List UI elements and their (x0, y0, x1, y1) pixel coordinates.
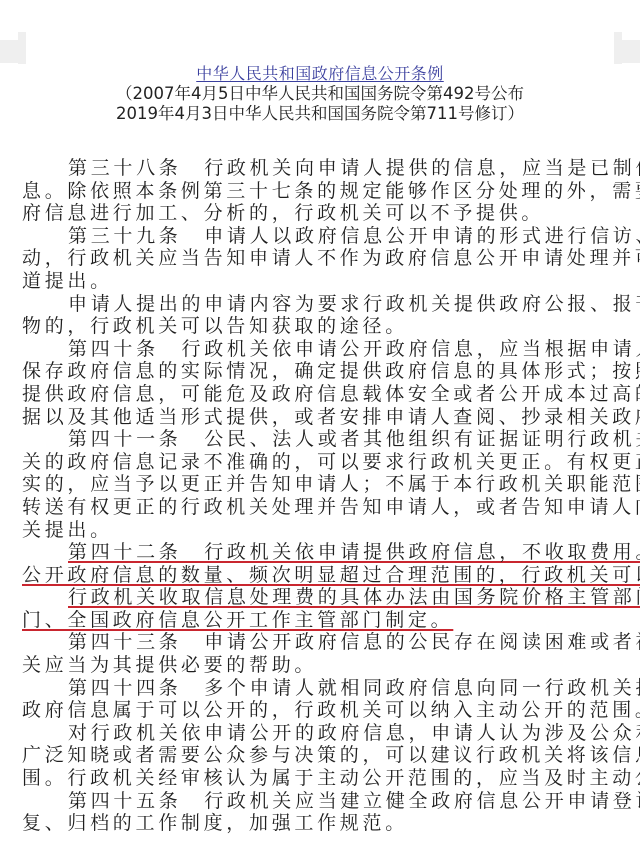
document-line-text: 实的，应当予以更正并告知申请人；不属于本行政机关职能范围的，行政机关可以 (22, 473, 640, 495)
document-line-text: 转送有权更正的行政机关处理并告知申请人，或者告知申请人向有权更正的行政机 (22, 496, 640, 518)
document-line-text: 提供政府信息，可能危及政府信息载体安全或者公开成本过高的，可以通过电子数 (22, 383, 640, 405)
document-line-text: 第四十四条 多个申请人就相同政府信息向同一行政机关提出公开申请，且该 (68, 677, 640, 699)
document-line: 对行政机关依申请公开的政府信息，申请人认为涉及公众利益调整、需要公众 (22, 722, 622, 745)
document-line: 提供政府信息，可能危及政府信息载体安全或者公开成本过高的，可以通过电子数 (22, 383, 622, 406)
document-line: 关应当为其提供必要的帮助。 (22, 654, 622, 677)
document-line-text: 对行政机关依申请公开的政府信息，申请人认为涉及公众利益调整、需要公众 (68, 722, 640, 744)
document-header: 中华人民共和国政府信息公开条例 （2007年4月5日中华人民共和国国务院令第49… (0, 63, 640, 124)
document-title-link[interactable]: 中华人民共和国政府信息公开条例 (196, 63, 444, 84)
document-line-highlighted: 第四十二条 行政机关依申请提供政府信息，不收取费用。但是，申请人申请 (22, 541, 622, 564)
document-line-text: 动，行政机关应当告知申请人不作为政府信息公开申请处理并可以告知通过相应渠 (22, 247, 640, 269)
document-line-text: 道提出。 (22, 270, 113, 292)
document-line: 围。行政机关经审核认为属于主动公开范围的，应当及时主动公开。 (22, 767, 622, 790)
document-line-text: 关提出。 (22, 519, 113, 541)
document-line: 第四十三条 申请公开政府信息的公民存在阅读困难或者视听障碍的，行政机 (22, 631, 622, 654)
document-line: 关提出。 (22, 519, 622, 542)
document-line-text: 据以及其他适当形式提供，或者安排申请人查阅、抄录相关政府信息。 (22, 406, 640, 428)
document-line: 第三十九条 申请人以政府信息公开申请的形式进行信访、投诉、举报等活 (22, 225, 622, 248)
document-line-text: 第三十九条 申请人以政府信息公开申请的形式进行信访、投诉、举报等活 (68, 225, 640, 247)
document-line: 广泛知晓或者需要公众参与决策的，可以建议行政机关将该信息纳入主动公开的范 (22, 744, 622, 767)
document-subtitle-line-1: （2007年4月5日中华人民共和国国务院令第492号公布 (0, 84, 640, 104)
document-line: 府信息进行加工、分析的，行政机关可以不予提供。 (22, 202, 622, 225)
document-line: 息。除依照本条例第三十七条的规定能够作区分处理的外，需要行政机关对现有政 (22, 180, 622, 203)
document-line-text: 关应当为其提供必要的帮助。 (22, 654, 317, 676)
document-subtitle-line-2: 2019年4月3日中华人民共和国国务院令第711号修订） (0, 104, 640, 124)
document-line-text: 关的政府信息记录不准确的，可以要求行政机关更正。有权更正的行政机关审核属 (22, 451, 640, 473)
document-line-text: 保存政府信息的实际情况，确定提供政府信息的具体形式；按照申请人要求的形式 (22, 360, 640, 382)
document-line-highlighted: 门、全国政府信息公开工作主管部门制定。 (22, 609, 622, 632)
document-line-text: 申请人提出的申请内容为要求行政机关提供政府公报、报刊、书籍等公开出版 (68, 293, 640, 315)
document-line: 转送有权更正的行政机关处理并告知申请人，或者告知申请人向有权更正的行政机 (22, 496, 622, 519)
document-line: 据以及其他适当形式提供，或者安排申请人查阅、抄录相关政府信息。 (22, 406, 622, 429)
document-line-text: 政府信息属于可以公开的，行政机关可以纳入主动公开的范围。 (22, 699, 640, 721)
document-line: 第四十四条 多个申请人就相同政府信息向同一行政机关提出公开申请，且该 (22, 677, 622, 700)
document-line-text: 复、归档的工作制度，加强工作规范。 (22, 812, 408, 834)
document-line: 关的政府信息记录不准确的，可以要求行政机关更正。有权更正的行政机关审核属 (22, 451, 622, 474)
document-line: 第四十条 行政机关依申请公开政府信息，应当根据申请人的要求及行政机关 (22, 338, 622, 361)
document-line-text: 第四十二条 行政机关依申请提供政府信息，不收取费用。但是，申请人申请 (68, 541, 640, 563)
document-line: 保存政府信息的实际情况，确定提供政府信息的具体形式；按照申请人要求的形式 (22, 360, 622, 383)
document-line: 物的，行政机关可以告知获取的途径。 (22, 315, 622, 338)
document-line: 复、归档的工作制度，加强工作规范。 (22, 812, 622, 835)
document-line-text: 行政机关收取信息处理费的具体办法由国务院价格主管部门会同国务院财政部 (68, 586, 640, 608)
page-corner-mark-top-left-vertical (18, 32, 26, 64)
document-line-text: 物的，行政机关可以告知获取的途径。 (22, 315, 408, 337)
document-line: 政府信息属于可以公开的，行政机关可以纳入主动公开的范围。 (22, 699, 622, 722)
document-line-highlighted: 公开政府信息的数量、频次明显超过合理范围的，行政机关可以收取信息处理费。 (22, 564, 622, 587)
document-line: 申请人提出的申请内容为要求行政机关提供政府公报、报刊、书籍等公开出版 (22, 293, 622, 316)
document-line: 第四十一条 公民、法人或者其他组织有证据证明行政机关提供的与其自身相 (22, 428, 622, 451)
document-line-text: 第三十八条 行政机关向申请人提供的信息，应当是已制作或者获取的政府信 (68, 157, 640, 179)
document-line-text: 公开政府信息的数量、频次明显超过合理范围的，行政机关可以收取信息处理费。 (22, 564, 640, 586)
document-line-text: 广泛知晓或者需要公众参与决策的，可以建议行政机关将该信息纳入主动公开的范 (22, 744, 640, 766)
page-corner-mark-top-right-vertical (614, 32, 622, 64)
document-line: 实的，应当予以更正并告知申请人；不属于本行政机关职能范围的，行政机关可以 (22, 473, 622, 496)
document-line: 第四十五条 行政机关应当建立健全政府信息公开申请登记、审核、办理、答 (22, 790, 622, 813)
document-line: 道提出。 (22, 270, 622, 293)
document-line-text: 第四十三条 申请公开政府信息的公民存在阅读困难或者视听障碍的，行政机 (68, 631, 640, 653)
document-line-text: 第四十一条 公民、法人或者其他组织有证据证明行政机关提供的与其自身相 (68, 428, 640, 450)
document-line: 动，行政机关应当告知申请人不作为政府信息公开申请处理并可以告知通过相应渠 (22, 247, 622, 270)
document-line-text: 第四十条 行政机关依申请公开政府信息，应当根据申请人的要求及行政机关 (68, 338, 640, 360)
document-body: 第三十八条 行政机关向申请人提供的信息，应当是已制作或者获取的政府信息。除依照本… (22, 157, 622, 835)
document-line-text: 第四十五条 行政机关应当建立健全政府信息公开申请登记、审核、办理、答 (68, 790, 640, 812)
document-line-text: 门、全国政府信息公开工作主管部门制定。 (22, 609, 453, 631)
document-line: 第三十八条 行政机关向申请人提供的信息，应当是已制作或者获取的政府信 (22, 157, 622, 180)
document-line-highlighted: 行政机关收取信息处理费的具体办法由国务院价格主管部门会同国务院财政部 (22, 586, 622, 609)
document-line-text: 府信息进行加工、分析的，行政机关可以不予提供。 (22, 202, 544, 224)
document-line-text: 息。除依照本条例第三十七条的规定能够作区分处理的外，需要行政机关对现有政 (22, 180, 640, 202)
document-line-text: 围。行政机关经审核认为属于主动公开范围的，应当及时主动公开。 (22, 767, 640, 789)
